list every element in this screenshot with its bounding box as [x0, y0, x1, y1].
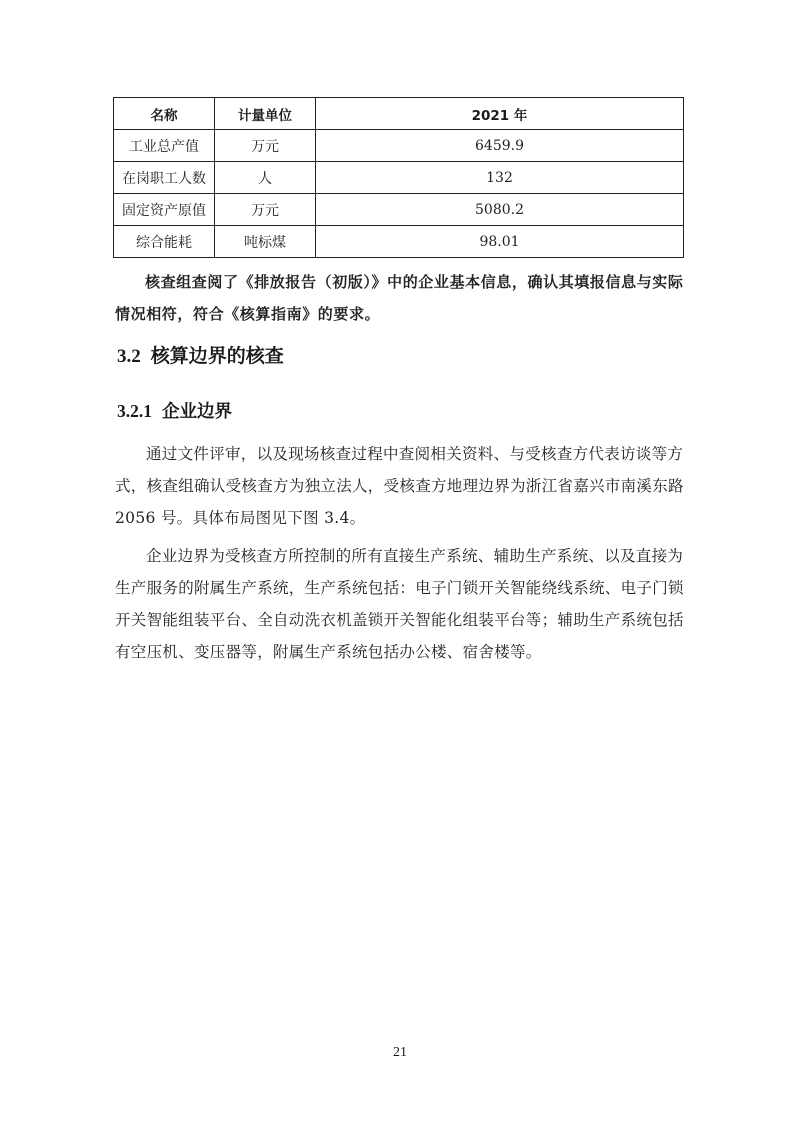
table-row: 工业总产值 万元 6459.9 — [114, 130, 684, 162]
header-name: 名称 — [114, 98, 215, 130]
table-row: 在岗职工人数 人 132 — [114, 162, 684, 194]
subsection-heading: 3.2.1企业边界 — [117, 398, 232, 423]
table-row: 综合能耗 吨标煤 98.01 — [114, 226, 684, 258]
header-year: 2021 年 — [316, 98, 684, 130]
table-row: 固定资产原值 万元 5080.2 — [114, 194, 684, 226]
subsection-title: 企业边界 — [162, 402, 232, 422]
cell-value: 6459.9 — [316, 130, 684, 162]
document-page: 名称 计量单位 2021 年 工业总产值 万元 6459.9 在岗职工人数 人 … — [0, 0, 800, 1132]
enterprise-info-table: 名称 计量单位 2021 年 工业总产值 万元 6459.9 在岗职工人数 人 … — [113, 97, 684, 258]
cell-name: 工业总产值 — [114, 130, 215, 162]
cell-value: 98.01 — [316, 226, 684, 258]
cell-value: 132 — [316, 162, 684, 194]
page-number: 21 — [0, 1045, 800, 1061]
table-header-row: 名称 计量单位 2021 年 — [114, 98, 684, 130]
cell-name: 固定资产原值 — [114, 194, 215, 226]
subsection-number: 3.2.1 — [117, 401, 152, 421]
header-unit: 计量单位 — [215, 98, 316, 130]
cell-name: 在岗职工人数 — [114, 162, 215, 194]
cell-unit: 人 — [215, 162, 316, 194]
cell-unit: 万元 — [215, 130, 316, 162]
cell-unit: 吨标煤 — [215, 226, 316, 258]
cell-value: 5080.2 — [316, 194, 684, 226]
section-heading: 3.2核算边界的核查 — [117, 341, 284, 368]
section-title: 核算边界的核查 — [151, 345, 284, 367]
section-number: 3.2 — [117, 346, 141, 367]
cell-unit: 万元 — [215, 194, 316, 226]
summary-paragraph: 核查组查阅了《排放报告（初版）》中的企业基本信息，确认其填报信息与实际情况相符，… — [115, 266, 685, 330]
cell-name: 综合能耗 — [114, 226, 215, 258]
body-paragraph: 企业边界为受核查方所控制的所有直接生产系统、辅助生产系统、以及直接为生产服务的附… — [115, 540, 685, 668]
body-paragraph: 通过文件评审，以及现场核查过程中查阅相关资料、与受核查方代表访谈等方式，核查组确… — [115, 438, 685, 534]
